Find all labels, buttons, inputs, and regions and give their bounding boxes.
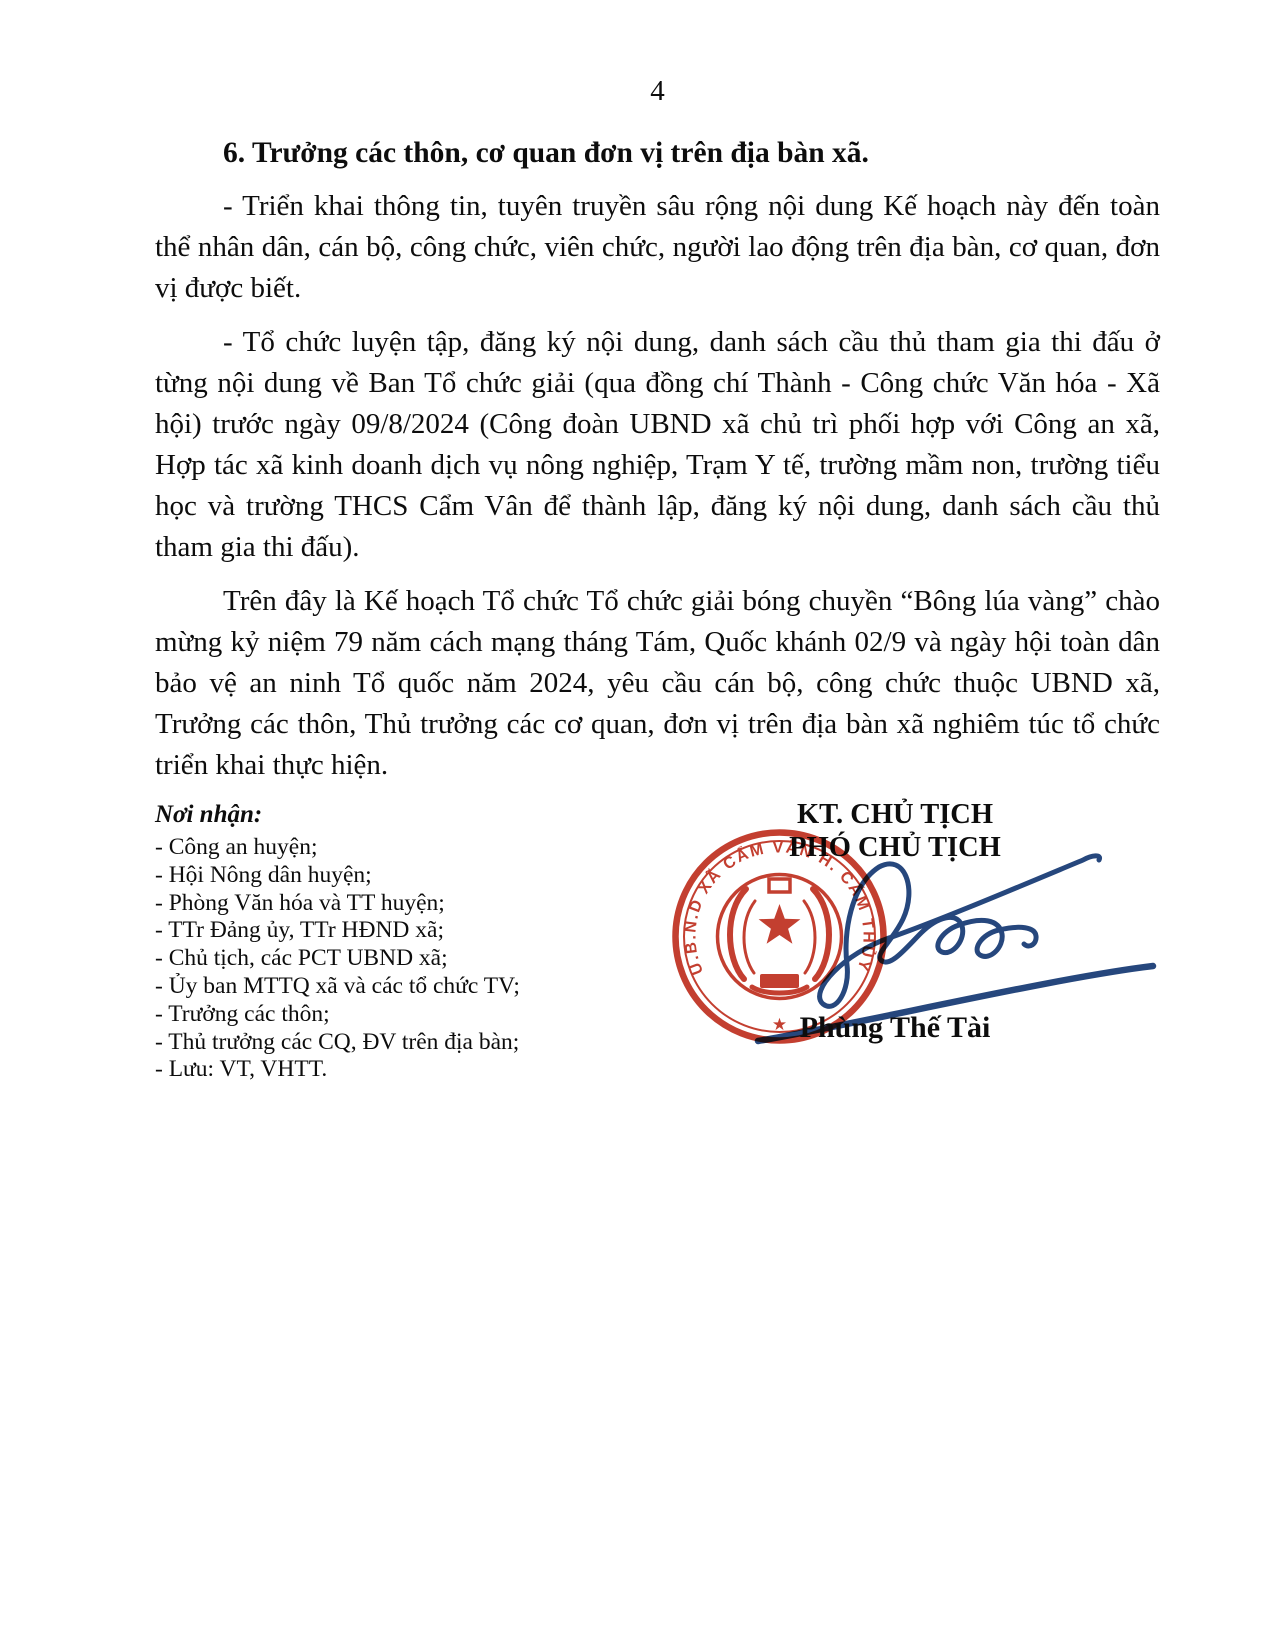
recipient-item: - Công an huyện; [155, 834, 635, 862]
paragraph: - Tổ chức luyện tập, đăng ký nội dung, d… [155, 322, 1160, 568]
document-body: 6. Trưởng các thôn, cơ quan đơn vị trên … [155, 133, 1160, 799]
recipient-item: - Thủ trưởng các CQ, ĐV trên địa bàn; [155, 1029, 635, 1057]
document-page: 4 6. Trưởng các thôn, cơ quan đơn vị trê… [0, 0, 1275, 1650]
signature-loops-stroke [820, 864, 1036, 1006]
recipients-block: Nơi nhận: - Công an huyện; - Hội Nông dâ… [155, 800, 635, 1084]
recipient-item: - Trưởng các thôn; [155, 1001, 635, 1029]
page-number: 4 [155, 74, 1160, 108]
section-heading: 6. Trưởng các thôn, cơ quan đơn vị trên … [155, 133, 1160, 174]
recipient-item: - Ủy ban MTTQ xã và các tổ chức TV; [155, 973, 635, 1001]
signer-name: Phùng Thế Tài [645, 1010, 1145, 1046]
recipient-item: - Chủ tịch, các PCT UBND xã; [155, 945, 635, 973]
paragraph: Trên đây là Kế hoạch Tổ chức Tổ chức giả… [155, 581, 1160, 786]
recipient-item: - Phòng Văn hóa và TT huyện; [155, 890, 635, 918]
recipient-item: - TTr Đảng ủy, TTr HĐND xã; [155, 917, 635, 945]
recipients-label: Nơi nhận: [155, 800, 635, 830]
recipient-item: - Hội Nông dân huyện; [155, 862, 635, 890]
recipients-list: - Công an huyện; - Hội Nông dân huyện; -… [155, 834, 635, 1084]
paragraph: - Triển khai thông tin, tuyên truyền sâu… [155, 186, 1160, 309]
recipient-item: - Lưu: VT, VHTT. [155, 1056, 635, 1084]
